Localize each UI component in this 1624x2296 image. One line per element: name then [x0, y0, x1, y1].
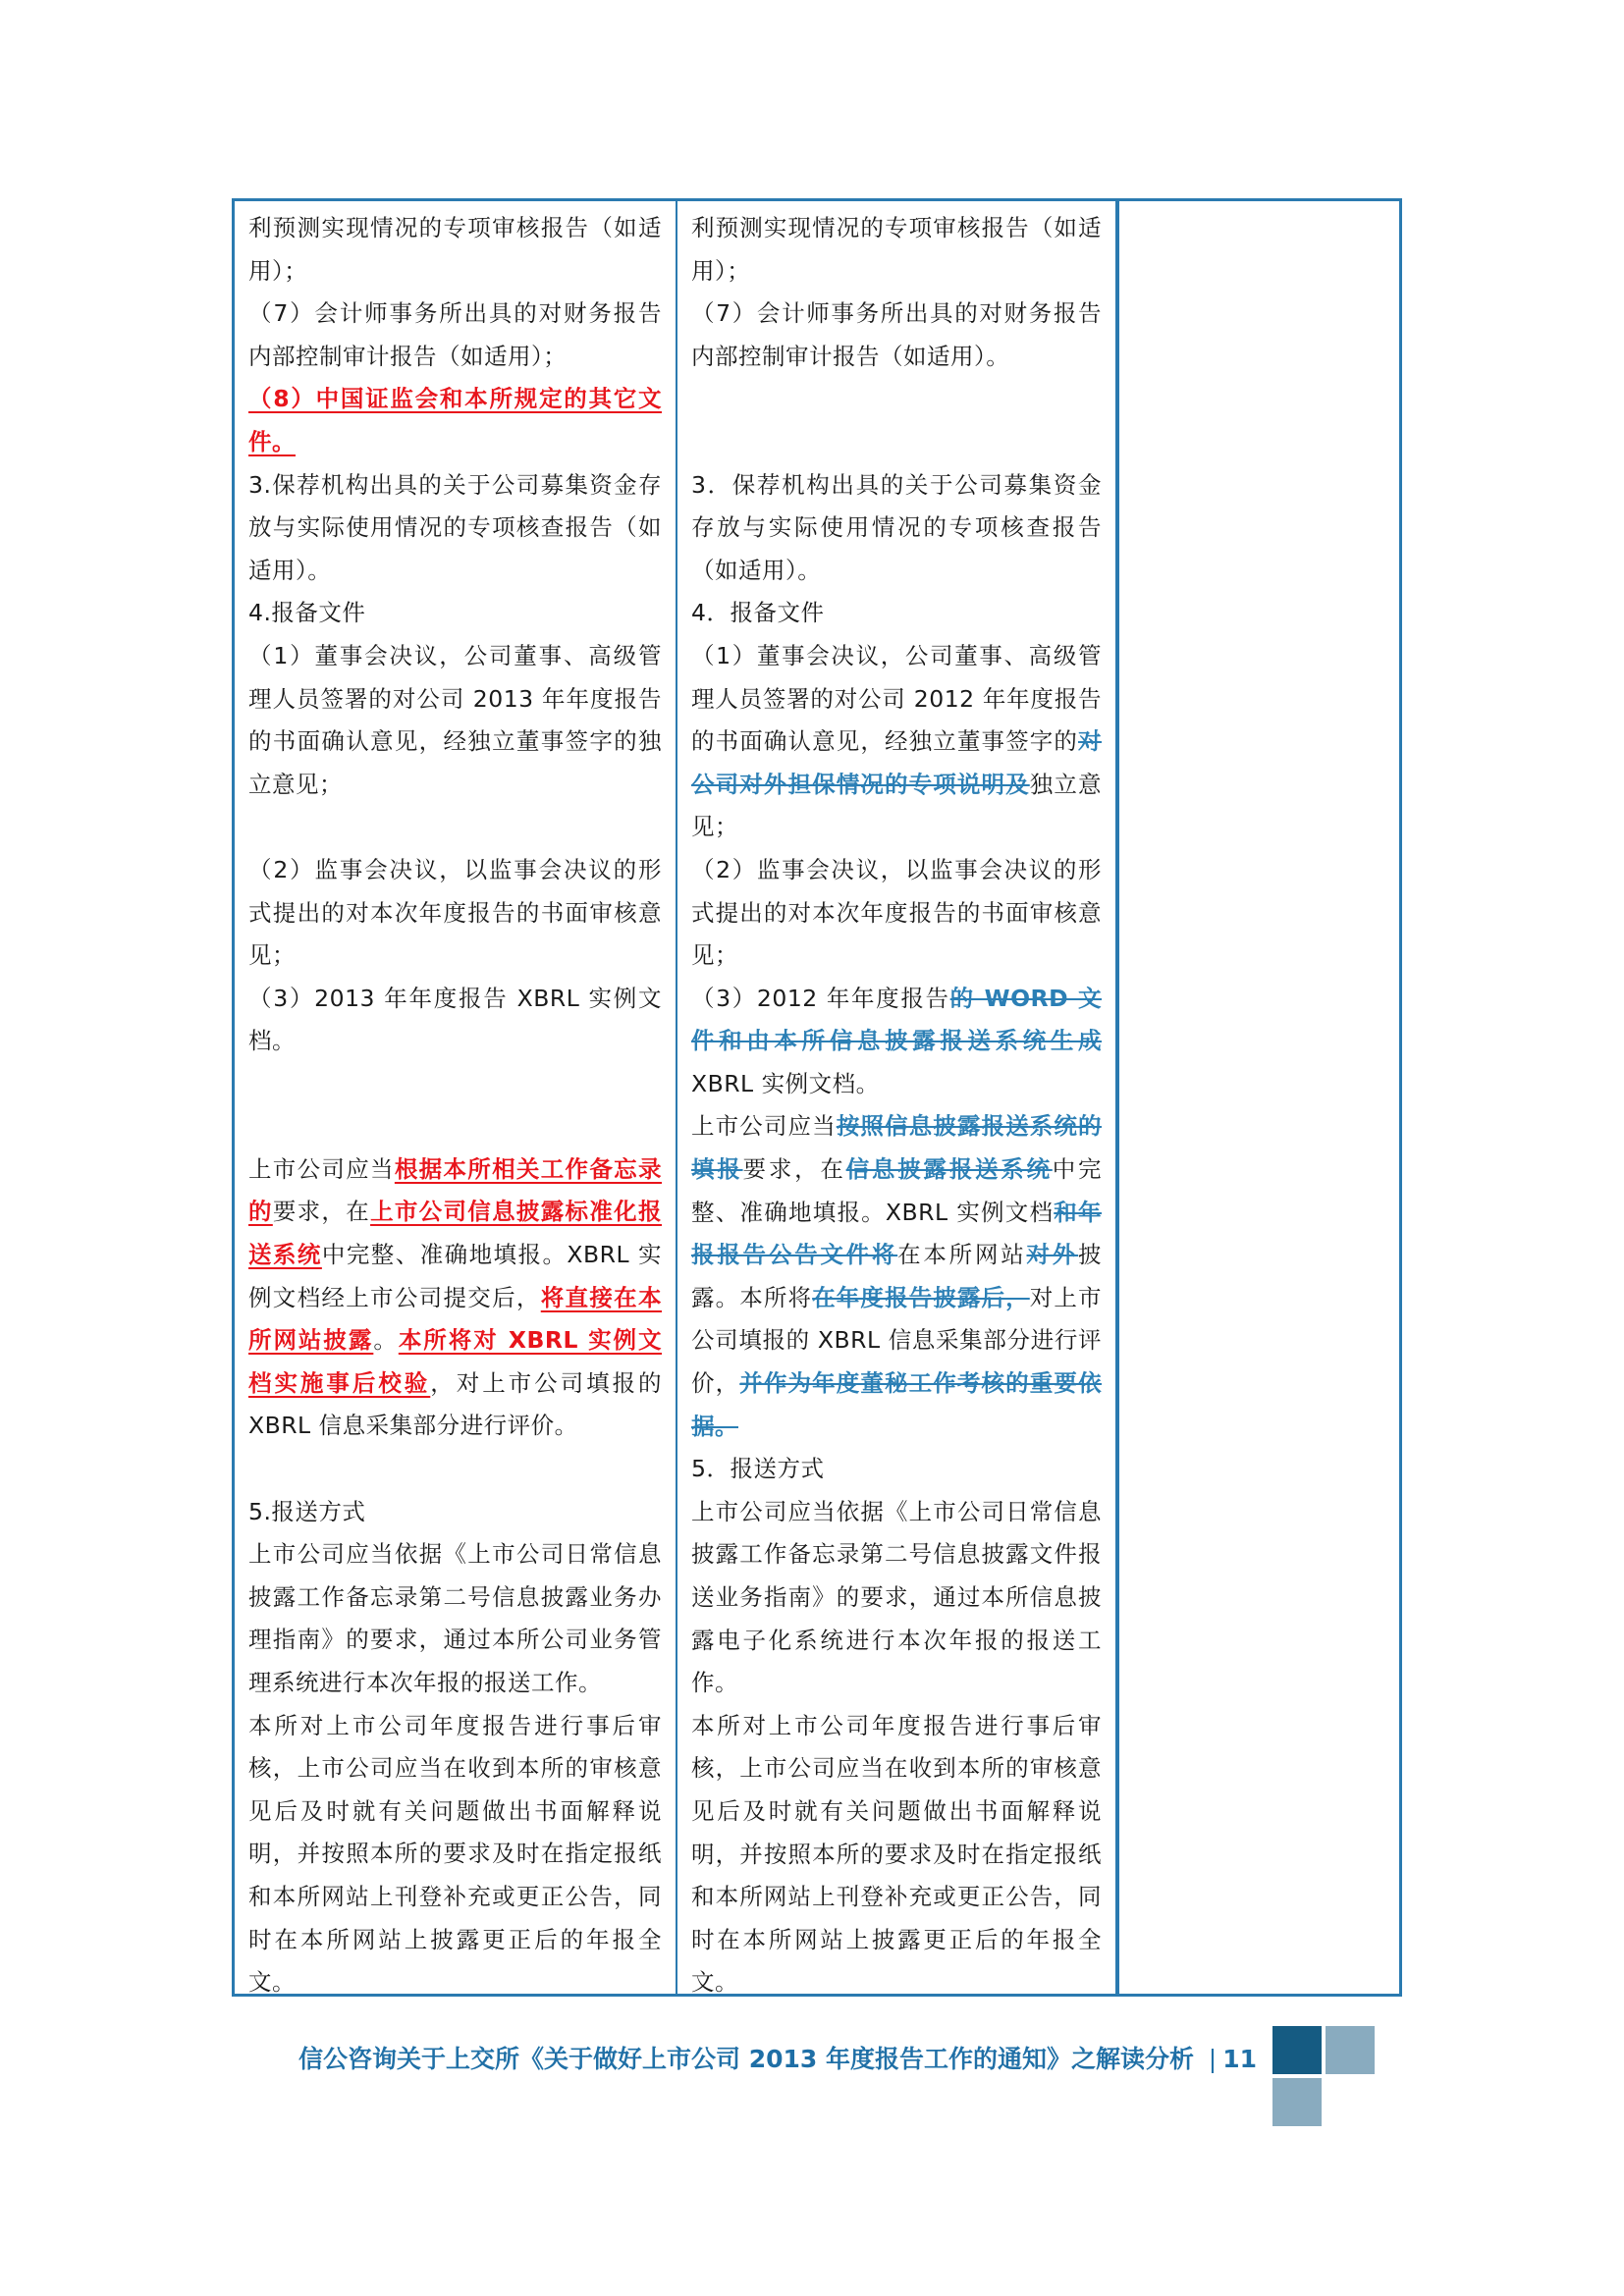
para-section-3: 3.保荐机构出具的关于公司募集资金存放与实际使用情况的专项核查报告（如适用）。	[248, 464, 662, 593]
deleted-text: 并作为年度董秘工作考核的重要依据。	[691, 1369, 1102, 1440]
footer-title: 信公咨询关于上交所《关于做好上市公司 2013 年度报告工作的通知》之解读分析	[298, 2045, 1194, 2073]
para-filing-2: （2）监事会决议，以监事会决议的形式提出的对本次年度报告的书面审核意见；	[691, 849, 1102, 978]
para-filing-1: （1）董事会决议，公司董事、高级管理人员签署的对公司 2012 年年度报告的书面…	[691, 635, 1102, 849]
column-notes	[1119, 201, 1399, 1994]
para-xbrl: 上市公司应当根据本所相关工作备忘录的要求，在上市公司信息披露标准化报送系统中完整…	[248, 1148, 662, 1448]
para-item-7: （7）会计师事务所出具的对财务报告内部控制审计报告（如适用）；	[248, 293, 662, 378]
heading-section-4: 4．报备文件	[691, 592, 1102, 635]
column-new-2013: 利预测实现情况的专项审核报告（如适用）； （7）会计师事务所出具的对财务报告内部…	[235, 201, 677, 1994]
cell-old-text: 利预测实现情况的专项审核报告（如适用）； （7）会计师事务所出具的对财务报告内部…	[691, 207, 1102, 2004]
para-submission: 上市公司应当依据《上市公司日常信息披露工作备忘录第二号信息披露业务办理指南》的要…	[248, 1533, 662, 1704]
blank-spacer	[691, 378, 1102, 463]
decor-square-light-icon	[1326, 2026, 1375, 2074]
para-filing-2: （2）监事会决议，以监事会决议的形式提出的对本次年度报告的书面审核意见；	[248, 849, 662, 978]
cell-new-text: 利预测实现情况的专项审核报告（如适用）； （7）会计师事务所出具的对财务报告内部…	[248, 207, 662, 2004]
deleted-text: 在年度报告披露后，	[812, 1284, 1030, 1311]
para-item-7: （7）会计师事务所出具的对财务报告内部控制审计报告（如适用）。	[691, 293, 1102, 378]
para-review: 本所对上市公司年度报告进行事后审核，上市公司应当在收到本所的审核意见后及时就有关…	[691, 1705, 1102, 2004]
inserted-item-8: （8）中国证监会和本所规定的其它文件。	[248, 385, 662, 455]
para-filing-3: （3）2012 年年度报告的 WORD 文件和由本所信息披露报送系统生成XBRL…	[691, 978, 1102, 1106]
heading-section-5: 5.报送方式	[248, 1491, 662, 1534]
heading-section-4: 4.报备文件	[248, 592, 662, 635]
heading-section-5: 5．报送方式	[691, 1448, 1102, 1491]
para-item-6-cont: 利预测实现情况的专项审核报告（如适用）；	[248, 207, 662, 293]
deleted-text: 对外	[1026, 1241, 1078, 1268]
para-item-6-cont: 利预测实现情况的专项审核报告（如适用）；	[691, 207, 1102, 293]
page-footer: 信公咨询关于上交所《关于做好上市公司 2013 年度报告工作的通知》之解读分析 …	[295, 2040, 1257, 2075]
footer-separator: |	[1209, 2045, 1217, 2073]
para-section-3: 3．保荐机构出具的关于公司募集资金存放与实际使用情况的专项核查报告（如适用）。	[691, 464, 1102, 593]
page-number: 11	[1222, 2045, 1257, 2073]
para-xbrl: 上市公司应当按照信息披露报送系统的填报要求，在信息披露报送系统中完整、准确地填报…	[691, 1105, 1102, 1448]
deleted-text: 信息披露报送系统	[846, 1155, 1053, 1183]
decor-square-dark-icon	[1272, 2026, 1322, 2074]
decor-square-light-icon	[1272, 2078, 1322, 2126]
para-filing-3: （3）2013 年年度报告 XBRL 实例文档。	[248, 978, 662, 1063]
para-submission: 上市公司应当依据《上市公司日常信息披露工作备忘录第二号信息披露文件报送业务指南》…	[691, 1491, 1102, 1705]
para-review: 本所对上市公司年度报告进行事后审核，上市公司应当在收到本所的审核意见后及时就有关…	[248, 1705, 662, 2004]
column-old-2012: 利预测实现情况的专项审核报告（如适用）； （7）会计师事务所出具的对财务报告内部…	[677, 201, 1119, 1994]
comparison-table: 利预测实现情况的专项审核报告（如适用）； （7）会计师事务所出具的对财务报告内部…	[232, 198, 1402, 1997]
para-filing-1: （1）董事会决议，公司董事、高级管理人员签署的对公司 2013 年年度报告的书面…	[248, 635, 662, 806]
